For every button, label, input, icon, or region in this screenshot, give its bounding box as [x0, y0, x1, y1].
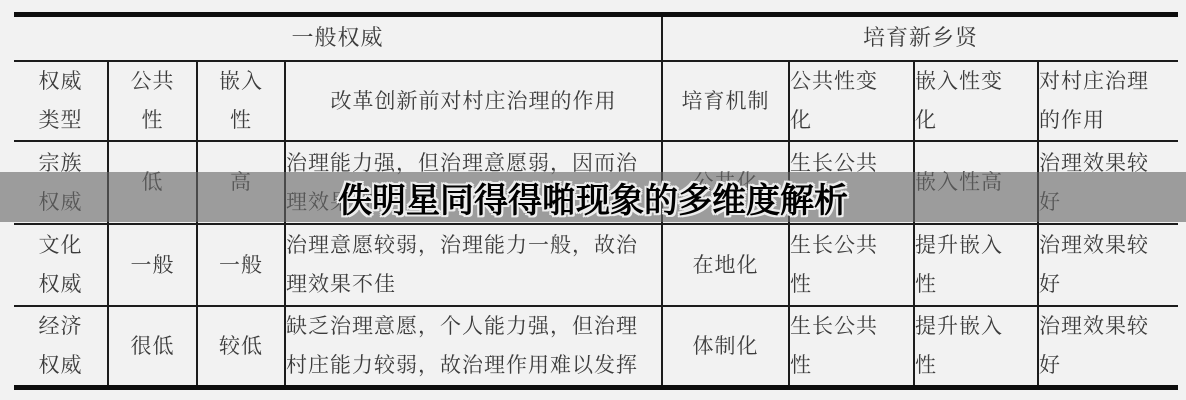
col-header-publicness: 公共 性: [108, 61, 197, 141]
col-header-publicness-change: 公共性变 化: [789, 61, 914, 141]
group-header-cultivate-xiangxian: 培育新乡贤: [662, 15, 1178, 62]
cell-authority-type: 文化 权威: [14, 224, 108, 306]
table-row-cultural-authority: 文化 权威 一般 一般 治理意愿较弱，治理能力一般，故治 理效果不佳 在地化 生…: [14, 224, 1178, 306]
cell-authority-type: 经济 权威: [14, 306, 108, 388]
cell-mechanism: 在地化: [662, 224, 789, 306]
table-column-header-row: 权威 类型 公共 性 嵌入 性 改革创新前对村庄治理的作用 培育机制 公共性变 …: [14, 61, 1178, 141]
cell-role-before: 治理意愿较弱，治理能力一般，故治 理效果不佳: [285, 224, 662, 306]
group-header-general-authority: 一般权威: [14, 15, 662, 62]
cell-publicness: 一般: [108, 224, 197, 306]
table-group-header-row: 一般权威 培育新乡贤: [14, 15, 1178, 62]
caption-title: 佚明星同得得啪现象的多维度解析: [338, 173, 848, 222]
col-header-role-before: 改革创新前对村庄治理的作用: [285, 61, 662, 141]
cell-publicness-change: 生长公共 性: [789, 306, 914, 388]
col-header-authority-type: 权威 类型: [14, 61, 108, 141]
col-header-embeddedness-change: 嵌入性变 化: [914, 61, 1038, 141]
caption-overlay-band: 佚明星同得得啪现象的多维度解析: [0, 172, 1186, 222]
cell-role-after: 治理效果较 好: [1038, 224, 1178, 306]
screenshot-root: 一般权威 培育新乡贤 权威 类型 公共 性 嵌入 性 改革创新前对村庄治理的作用…: [0, 0, 1186, 400]
cell-publicness-change: 生长公共 性: [789, 224, 914, 306]
cell-role-after: 治理效果较 好: [1038, 306, 1178, 388]
cell-role-before: 缺乏治理意愿，个人能力强，但治理 村庄能力较弱，故治理作用难以发挥: [285, 306, 662, 388]
table-row-economic-authority: 经济 权威 很低 较低 缺乏治理意愿，个人能力强，但治理 村庄能力较弱，故治理作…: [14, 306, 1178, 388]
col-header-embeddedness: 嵌入 性: [197, 61, 285, 141]
cell-publicness: 很低: [108, 306, 197, 388]
cell-mechanism: 体制化: [662, 306, 789, 388]
col-header-role-after: 对村庄治理 的作用: [1038, 61, 1178, 141]
col-header-mechanism: 培育机制: [662, 61, 789, 141]
cell-embeddedness: 一般: [197, 224, 285, 306]
cell-embeddedness-change: 提升嵌入 性: [914, 224, 1038, 306]
cell-embeddedness: 较低: [197, 306, 285, 388]
cell-embeddedness-change: 提升嵌入 性: [914, 306, 1038, 388]
